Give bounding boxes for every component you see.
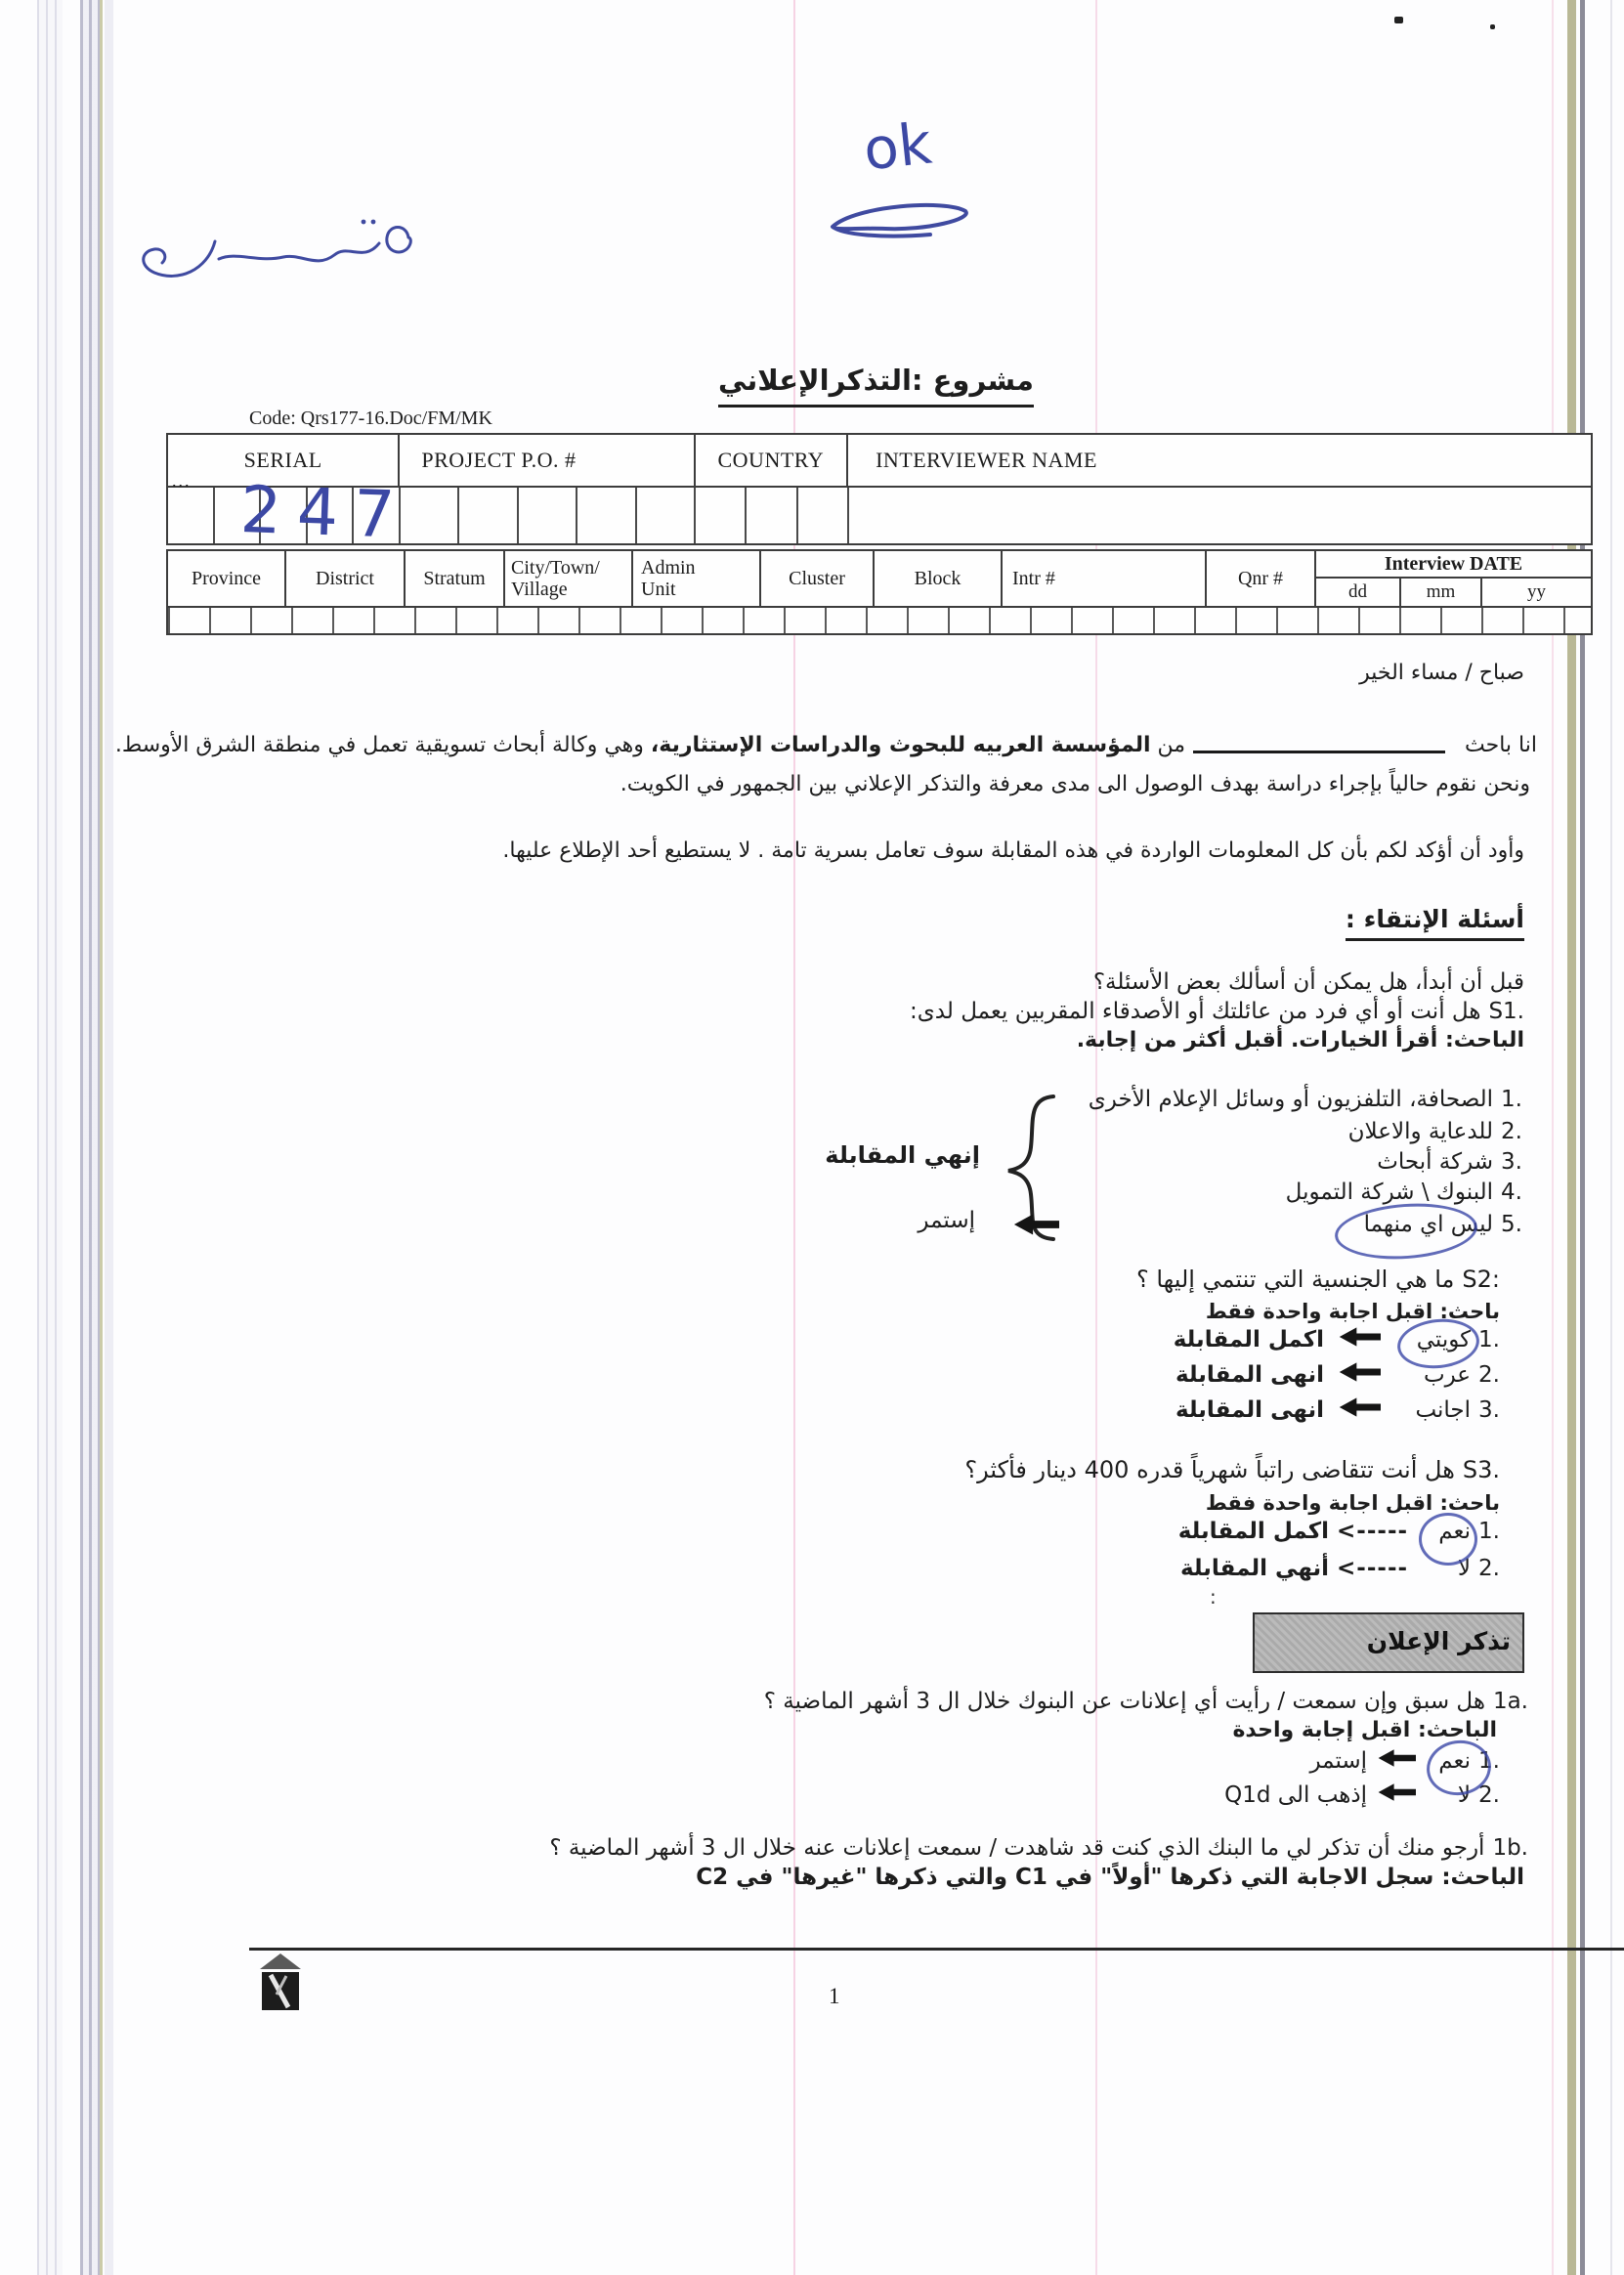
intro-paragraph-line1: انا باحثمن المؤسسة العربيه للبحوث والدرا… — [115, 733, 1537, 757]
option-text: للدعاية والاعلان — [1348, 1119, 1493, 1144]
country-digit-box — [798, 488, 849, 543]
country-header-cell: COUNTRY — [696, 435, 849, 486]
pen-circle-option5 — [1333, 1199, 1479, 1264]
serial-digit-box — [168, 488, 215, 543]
s1-option-1: 1. الصحافة، التلفزيون أو وسائل الإعلام ا… — [1089, 1087, 1522, 1112]
option-action: إستمر — [1309, 1748, 1367, 1774]
s3-interviewer-note: باحث: اقبل اجابة واحدة فقط — [1206, 1491, 1500, 1515]
dashed-arrow: <----- — [1337, 1519, 1408, 1544]
qnr-number-header-cell: Qnr # — [1207, 551, 1316, 606]
option-number: 1. — [1501, 1087, 1522, 1112]
intro-paragraph-line2: ونحن نقوم حالياً بإجراء دراسة بهدف الوصو… — [620, 772, 1530, 796]
scan-speck — [1490, 24, 1495, 29]
date-mm-cell: mm — [1401, 579, 1482, 606]
terminate-interview-label: إنهي المقابلة — [825, 1141, 980, 1169]
question-s2-line: S2: ما هي الجنسية التي تنتمي إليها ؟ — [1136, 1266, 1500, 1293]
s1-option-2: 2. للدعاية والاعلان — [1348, 1119, 1522, 1144]
question-1b-line: 1b. أرجو منك أن تذكر لي ما البنك الذي كن… — [549, 1835, 1528, 1861]
ad-recall-section-box: تذكر الإعلان — [1253, 1612, 1524, 1673]
s1-option-3: 3. شركة أبحاث — [1377, 1149, 1522, 1175]
project-digit-box — [637, 488, 697, 543]
handwritten-ok: ok — [861, 110, 935, 184]
option-text: شركة أبحاث — [1377, 1149, 1493, 1175]
option-number: 3. — [1501, 1149, 1522, 1175]
country-digit-box — [747, 488, 797, 543]
project-digit-box — [577, 488, 637, 543]
question-s1-label: S1. — [1488, 999, 1524, 1024]
q1a-interviewer-note: الباحث: اقبل إجابة واحدة — [1232, 1718, 1497, 1742]
interviewer-name-box — [849, 488, 1591, 543]
interview-date-header-cell: Interview DATE dd mm yy — [1316, 551, 1591, 606]
q1b-interviewer-note: الباحث: سجل الاجابة التي ذكرها "أولاً" ف… — [696, 1865, 1524, 1890]
project-po-header-cell: PROJECT P.O. # — [400, 435, 695, 486]
dashed-arrow: <----- — [1337, 1556, 1408, 1581]
option-number: 4. — [1501, 1180, 1522, 1205]
scan-edge-stripe-olive — [100, 0, 103, 2275]
screening-intro-line: قبل أن أبدأ، هل يمكن أن أسألك بعض الأسئل… — [1093, 969, 1524, 995]
option-action: انهى المقابلة — [1175, 1397, 1324, 1423]
question-1a-label: 1a. — [1493, 1689, 1528, 1714]
company-logo — [257, 1953, 304, 2016]
option-number: 1. — [1478, 1327, 1500, 1352]
left-arrow-icon — [1377, 1747, 1416, 1775]
scan-right-edge-line — [1610, 0, 1612, 2275]
pen-circle-yes-s3 — [1419, 1513, 1477, 1566]
date-yy-cell: yy — [1482, 579, 1591, 606]
option-number: 2. — [1478, 1362, 1500, 1388]
s1-interviewer-note: الباحث: أقرأ الخيارات. أقبل أكثر من إجاب… — [1077, 1028, 1524, 1052]
scan-right-edge-line — [1580, 0, 1585, 2275]
date-dd-cell: dd — [1316, 579, 1401, 606]
district-header-cell: District — [286, 551, 406, 606]
continue-label: إستمر — [918, 1208, 975, 1233]
s1-option-4: 4. البنوك \ شركة التمويل — [1286, 1180, 1522, 1205]
question-1a-text: هل سبق وإن سمعت / رأيت أي إعلانات عن الب… — [764, 1689, 1485, 1714]
option-number: 3. — [1478, 1397, 1500, 1423]
question-1b-label: 1b. — [1492, 1835, 1528, 1861]
footer-rule — [249, 1948, 1624, 1951]
block-header-cell: Block — [875, 551, 1003, 606]
stratum-header-cell: Stratum — [406, 551, 505, 606]
project-digit-box — [459, 488, 519, 543]
ad-recall-section-title: تذكر الإعلان — [1367, 1627, 1511, 1655]
intr-number-header-cell: Intr # — [1003, 551, 1207, 606]
option-text: البنوك \ شركة التمويل — [1286, 1180, 1493, 1205]
question-1a-line: 1a. هل سبق وإن سمعت / رأيت أي إعلانات عن… — [764, 1689, 1528, 1714]
continue-arrow-icon — [1012, 1212, 1059, 1241]
stray-colon-mark: : — [1210, 1585, 1217, 1609]
handwritten-signature — [117, 200, 420, 293]
option-action: اكمل المقابلة — [1174, 1327, 1324, 1352]
option-choice: اجانب — [1387, 1397, 1471, 1423]
ruled-pink-line — [793, 0, 795, 2275]
option-action: اكمل المقابلة — [1178, 1519, 1329, 1544]
question-s2-text: ما هي الجنسية التي تنتمي إليها ؟ — [1136, 1266, 1454, 1293]
city-town-village-header-cell: City/Town/ Village — [505, 551, 633, 606]
scanned-questionnaire-page: ok مشروع :التذكرالإعلاني Code: Qrs177-16… — [0, 0, 1624, 2275]
interview-date-label: Interview DATE — [1316, 551, 1591, 579]
handwritten-serial-number: 247 — [239, 472, 412, 553]
table2-value-row — [168, 606, 1591, 633]
page-title: مشروع :التذكرالإعلاني — [718, 364, 1034, 408]
city-line2: Village — [511, 579, 568, 600]
organization-name: المؤسسة العربيه للبحوث والدراسات الإستثا… — [651, 733, 1151, 757]
question-s1-line: S1. هل أنت أو أي فرد من عائلتك أو الأصدق… — [910, 999, 1524, 1024]
location-header-table: Province District Stratum City/Town/ Vil… — [166, 549, 1593, 635]
ruled-pink-line — [1095, 0, 1097, 2275]
s2-option-3: 3. اجانب انهى المقابلة — [1175, 1395, 1500, 1425]
admin-unit-header-cell: Admin Unit — [633, 551, 761, 606]
page-number: 1 — [829, 1984, 840, 2009]
handwritten-underline-swoosh — [823, 193, 979, 256]
scan-edge-stripes — [80, 0, 100, 2275]
option-action: انهى المقابلة — [1175, 1362, 1324, 1388]
greeting-line: صباح / مساء الخير — [1359, 661, 1524, 685]
table2-header-row: Province District Stratum City/Town/ Vil… — [168, 551, 1591, 606]
scan-edge-stripes — [37, 0, 63, 2275]
intro-agency-text: وهي وكالة أبحاث تسويقية تعمل في منطقة ال… — [115, 733, 644, 757]
scan-right-edge-band — [1567, 0, 1576, 2275]
intro-researcher-text: انا باحث — [1465, 733, 1537, 757]
left-arrow-icon — [1338, 1325, 1381, 1354]
cluster-header-cell: Cluster — [761, 551, 875, 606]
option-number: 2. — [1478, 1556, 1500, 1581]
intro-from-text: من — [1158, 733, 1186, 757]
scan-edge-stripes — [105, 0, 113, 2275]
left-arrow-icon — [1377, 1781, 1416, 1809]
interviewer-name-header-cell: INTERVIEWER NAME — [848, 435, 1591, 486]
left-arrow-icon — [1338, 1395, 1381, 1425]
scan-right-edge-line — [1552, 0, 1554, 2275]
left-arrow-icon — [1338, 1360, 1381, 1390]
option-number: 1. — [1478, 1519, 1500, 1544]
admin-line2: Unit — [641, 579, 676, 600]
document-code: Code: Qrs177-16.Doc/FM/MK — [249, 408, 492, 430]
question-s2-label: S2: — [1462, 1266, 1500, 1293]
confidentiality-paragraph: وأود أن أؤكد لكم بأن كل المعلومات الوارد… — [502, 838, 1524, 863]
question-1b-text: أرجو منك أن تذكر لي ما البنك الذي كنت قد… — [549, 1835, 1484, 1861]
dots-mark: ... — [172, 471, 192, 492]
question-s3-text: هل أنت تتقاضى راتباً شهرياً قدره 400 دين… — [964, 1456, 1454, 1483]
option-number: 2. — [1501, 1119, 1522, 1144]
option-action: إذهب الى Q1d — [1224, 1782, 1367, 1808]
admin-line1: Admin — [641, 557, 696, 579]
question-s3-line: S3. هل أنت تتقاضى راتباً شهرياً قدره 400… — [964, 1456, 1500, 1483]
fill-in-blank-line — [1193, 751, 1445, 753]
question-s3-label: S3. — [1463, 1456, 1500, 1483]
option-text: الصحافة، التلفزيون أو وسائل الإعلام الأخ… — [1089, 1087, 1493, 1112]
option-number: 5. — [1501, 1212, 1522, 1237]
option-action: أنهي المقابلة — [1180, 1556, 1329, 1581]
country-digit-box — [696, 488, 747, 543]
question-s1-text: هل أنت أو أي فرد من عائلتك أو الأصدقاء ا… — [910, 999, 1480, 1024]
city-line1: City/Town/ — [511, 557, 600, 579]
project-digit-box — [519, 488, 578, 543]
scan-speck — [1394, 17, 1403, 23]
screening-section-title: أسئلة الإنتقاء : — [1346, 905, 1524, 941]
province-header-cell: Province — [168, 551, 286, 606]
